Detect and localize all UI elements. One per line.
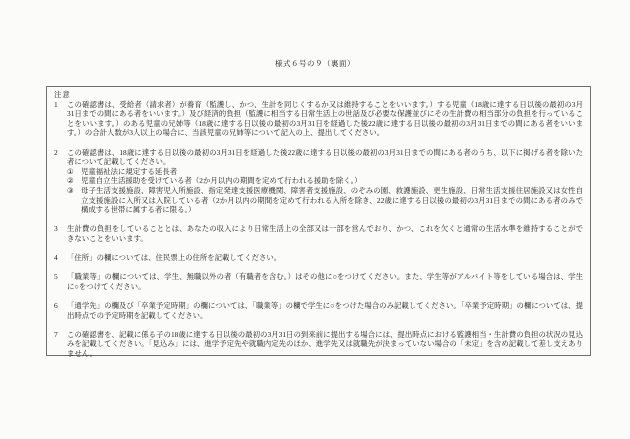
subnote-number: ①: [67, 167, 81, 177]
subnote-number: ②: [67, 176, 81, 186]
subnote-text: 母子生活支援施設、障害児入所施設、指定発達支援医療機関、障害者支援施設、のぞみの…: [81, 186, 583, 215]
note-text: この確認書は、18歳に達する日以後の最初の3月31日を経過した後22歳に達する日…: [67, 148, 583, 167]
note-item-3: 3 生計費の負担をしていることとは、あなたの収入により日常生活上の全部又は一部を…: [54, 224, 583, 243]
note-text: この確認書は、受給者（請求者）が養育（監護し、かつ、生計を同じくするか又は維持す…: [67, 100, 583, 138]
note-number: 4: [54, 253, 67, 263]
subnote-text: 児童自立生活援助を受けている者（2か月以内の期間を定めて行われる援助を除く。）: [81, 176, 583, 186]
notice-box: 注意 1 この確認書は、受給者（請求者）が養育（監護し、かつ、生計を同じくするか…: [46, 86, 591, 356]
note-text: 「住所」の欄については、住民票上の住所を記載してください。: [67, 253, 583, 263]
note-item-7: 7 この確認書を、記載に係る子の18歳に達する日以後の最初の3月31日の到来前に…: [54, 330, 583, 359]
note-number: 5: [54, 272, 67, 282]
note-text: この確認書を、記載に係る子の18歳に達する日以後の最初の3月31日の到来前に提出…: [67, 330, 583, 359]
note-text: 「通学先」の欄及び「卒業予定時期」の欄については、「職業等」の欄で学生に○をつけ…: [67, 301, 583, 320]
note-item-1: 1 この確認書は、受給者（請求者）が養育（監護し、かつ、生計を同じくするか又は維…: [54, 100, 583, 138]
subnote-text: 児童福祉法に規定する延長者: [81, 167, 583, 177]
note-item-2: 2 この確認書は、18歳に達する日以後の最初の3月31日を経過した後22歳に達す…: [54, 148, 583, 167]
notice-heading: 注意: [54, 90, 583, 100]
note-number: 2: [54, 148, 67, 158]
note-item-6: 6 「通学先」の欄及び「卒業予定時期」の欄については、「職業等」の欄で学生に○を…: [54, 301, 583, 320]
note-text: 生計費の負担をしていることとは、あなたの収入により日常生活上の全部又は一部を営ん…: [67, 224, 583, 243]
note-item-5: 5 「職業等」の欄については、学生、無職以外の者（有職者を含む。）はその他に○を…: [54, 272, 583, 291]
note-text: 「職業等」の欄については、学生、無職以外の者（有職者を含む。）はその他に○をつけ…: [67, 272, 583, 291]
subnote-number: ③: [67, 186, 81, 196]
note-item-2-sub-1: ① 児童福祉法に規定する延長者: [54, 167, 583, 177]
form-number-label: 様式６号の９（裏面）: [0, 58, 630, 69]
note-number: 1: [54, 100, 67, 110]
note-number: 7: [54, 330, 67, 340]
document-page: 様式６号の９（裏面） 注意 1 この確認書は、受給者（請求者）が養育（監護し、か…: [0, 0, 630, 439]
note-item-2-sub-3: ③ 母子生活支援施設、障害児入所施設、指定発達支援医療機関、障害者支援施設、のぞ…: [54, 186, 583, 215]
note-number: 6: [54, 301, 67, 311]
note-item-2-sub-2: ② 児童自立生活援助を受けている者（2か月以内の期間を定めて行われる援助を除く。…: [54, 176, 583, 186]
note-number: 3: [54, 224, 67, 234]
note-item-4: 4 「住所」の欄については、住民票上の住所を記載してください。: [54, 253, 583, 263]
